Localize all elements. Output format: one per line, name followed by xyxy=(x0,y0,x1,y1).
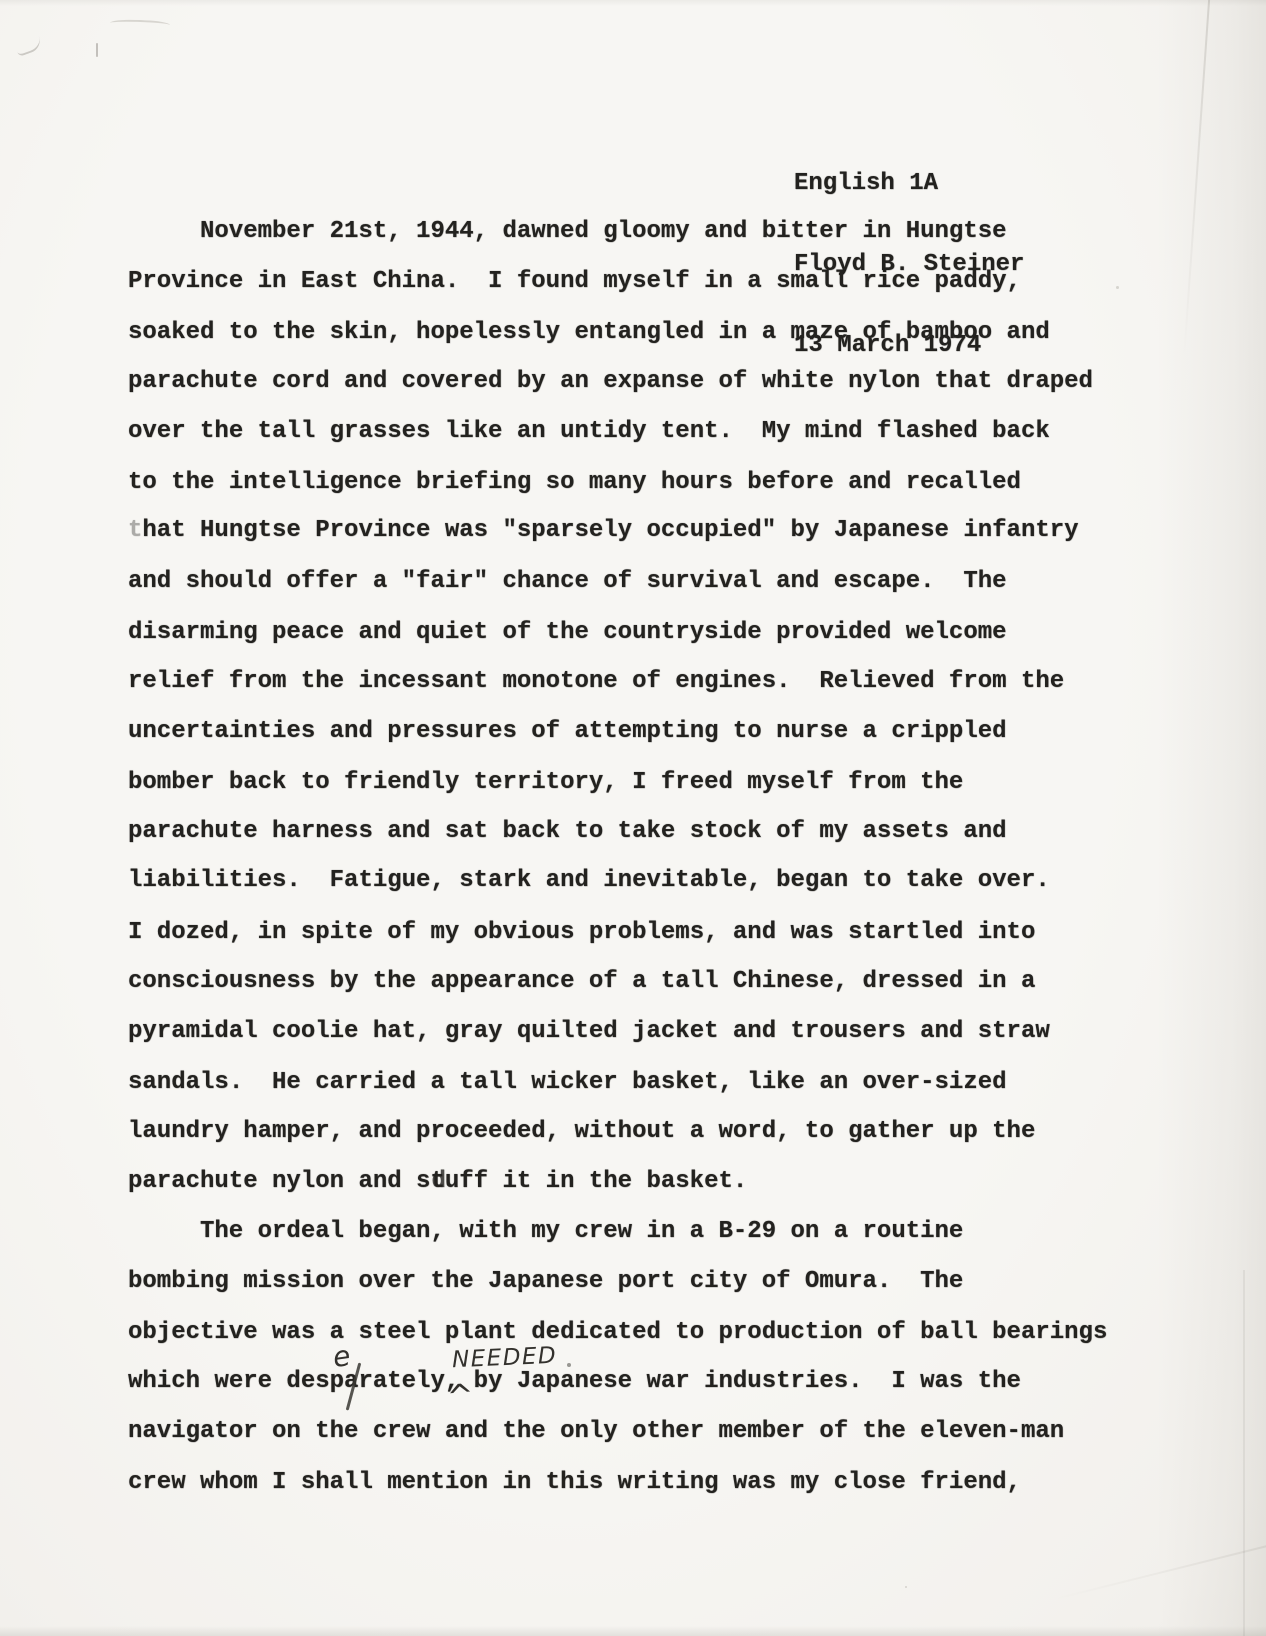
text-line: crew whom I shall mention in this writin… xyxy=(128,1469,1107,1519)
text-line: and should offer a "fair" chance of surv… xyxy=(128,568,1107,618)
text-line: disarming peace and quiet of the country… xyxy=(128,619,1107,669)
scanned-document-page: { "page": { "paper_color": "#f6f5f2", "i… xyxy=(0,0,1266,1636)
paper-crease xyxy=(1243,1270,1245,1636)
text-line: parachute cord and covered by an expanse… xyxy=(128,368,1107,418)
text-line: parachute harness and sat back to take s… xyxy=(128,818,1107,868)
text-line: November 21st, 1944, dawned gloomy and b… xyxy=(128,218,1107,268)
text-line: objective was a steel plant dedicated to… xyxy=(128,1319,1107,1369)
scan-speck xyxy=(662,486,664,488)
course-line: English 1A xyxy=(794,170,1024,197)
scan-edge-shadow xyxy=(0,0,1266,6)
paper-background: English 1A Floyd B. Steiner 13 March 197… xyxy=(0,0,1266,1636)
text-line: soaked to the skin, hopelessly entangled… xyxy=(128,319,1107,369)
text-line: consciousness by the appearance of a tal… xyxy=(128,968,1107,1018)
text-line: Province in East China. I found myself i… xyxy=(128,268,1107,318)
pencil-mark xyxy=(96,43,98,57)
scan-speck xyxy=(1116,286,1119,289)
ink-dot xyxy=(567,1363,571,1367)
insertion-caret-mark: ^ xyxy=(445,1376,475,1416)
handwritten-needed-insert: NEEDED xyxy=(451,1343,557,1374)
text-line: I dozed, in spite of my obvious problems… xyxy=(128,919,1107,969)
scan-speck xyxy=(905,1586,907,1588)
document-body: November 21st, 1944, dawned gloomy and b… xyxy=(128,218,1107,1518)
text-line: navigator on the crew and the only other… xyxy=(128,1418,1107,1468)
text-line: uncertainties and pressures of attemptin… xyxy=(128,718,1107,768)
text-line: The ordeal began, with my crew in a B-29… xyxy=(128,1218,1107,1268)
text-line: parachute nylon and sdtuff it in the bas… xyxy=(128,1168,1107,1218)
text-line: which were desparately, by Japanese war … xyxy=(128,1368,1107,1418)
text-line: sandals. He carried a tall wicker basket… xyxy=(128,1069,1107,1119)
text-line: bombing mission over the Japanese port c… xyxy=(128,1268,1107,1318)
text-line: relief from the incessant monotone of en… xyxy=(128,668,1107,718)
text-line: liabilities. Fatigue, stark and inevitab… xyxy=(128,867,1107,917)
text-line: over the tall grasses like an untidy ten… xyxy=(128,418,1107,468)
pencil-mark xyxy=(15,36,44,57)
scan-edge-shading xyxy=(1156,0,1266,1636)
text-line: laundry hamper, and proceeded, without a… xyxy=(128,1118,1107,1168)
paragraph: The ordeal began, with my crew in a B-29… xyxy=(128,1218,1107,1518)
scan-edge-shadow xyxy=(0,1626,1266,1636)
text-line: that Hungtse Province was "sparsely occu… xyxy=(128,517,1107,567)
pencil-mark xyxy=(110,19,170,30)
text-line: bomber back to friendly territory, I fre… xyxy=(128,769,1107,819)
text-line: pyramidal coolie hat, gray quilted jacke… xyxy=(128,1018,1107,1068)
paragraph: November 21st, 1944, dawned gloomy and b… xyxy=(128,218,1107,1218)
text-line: to the intelligence briefing so many hou… xyxy=(128,469,1107,519)
overstruck-character: dt xyxy=(430,1168,444,1196)
